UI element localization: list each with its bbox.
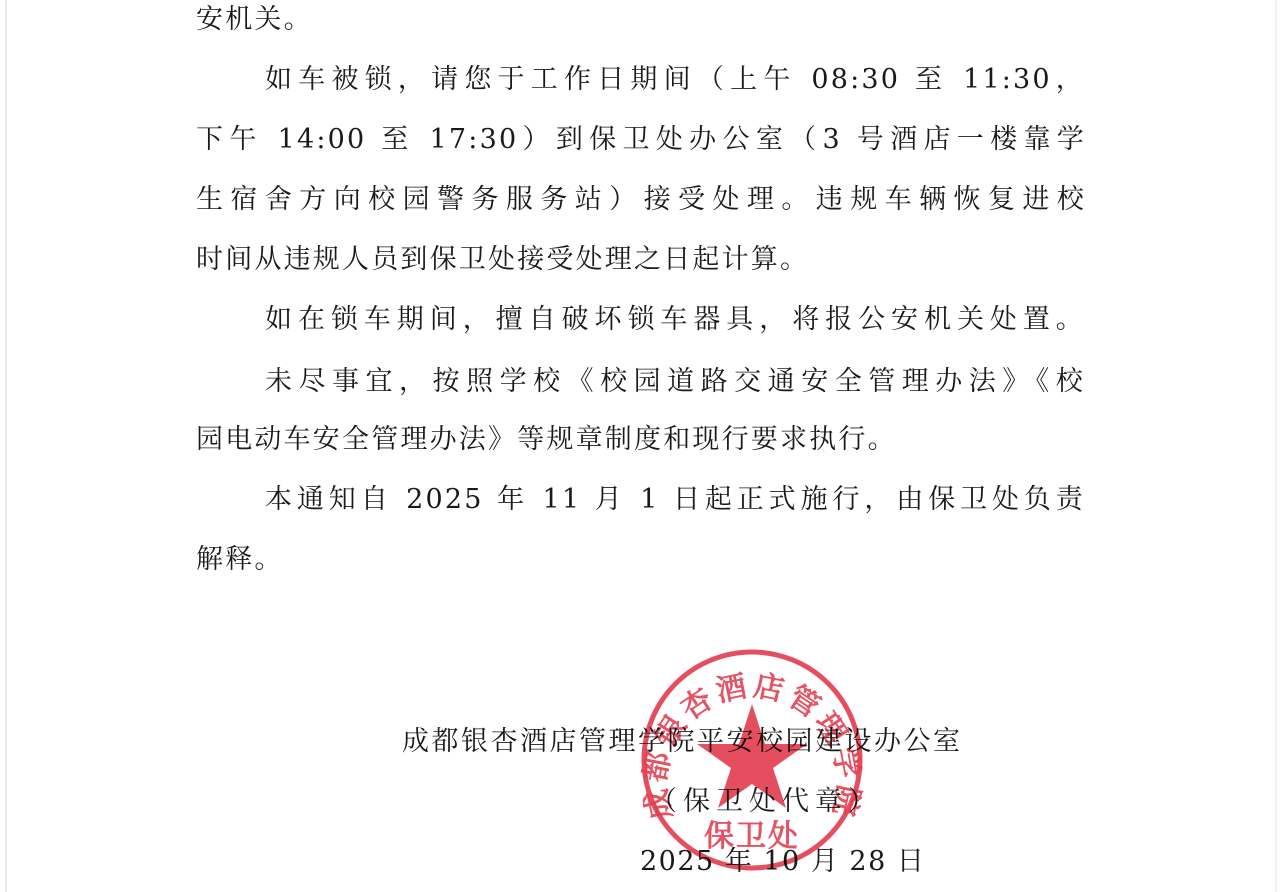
signature-date: 2025 年 10 月 28 日 <box>640 842 925 882</box>
paragraph-line-7: 未尽事宜，按照学校《校园道路交通安全管理办法》《校 <box>265 362 1085 402</box>
paragraph-line-10: 解释。 <box>196 540 1086 580</box>
page-edge-left <box>5 0 7 892</box>
page-edge-right <box>1275 0 1277 892</box>
paragraph-line-9: 本通知自 2025 年 11 月 1 日起正式施行，由保卫处负责 <box>265 480 1085 520</box>
signature-organization: 成都银杏酒店管理学院平安校园建设办公室 <box>402 722 963 762</box>
paragraph-line-3: 下午 14:00 至 17:30）到保卫处办公室（3 号酒店一楼靠学 <box>196 120 1086 160</box>
paragraph-line-8: 园电动车安全管理办法》等规章制度和现行要求执行。 <box>196 420 1086 460</box>
paragraph-line-4: 生宿舍方向校园警务服务站）接受处理。违规车辆恢复进校 <box>196 180 1086 220</box>
paragraph-line-1: 安机关。 <box>196 0 1086 40</box>
signature-seal-note: （保卫处代章） <box>650 782 881 822</box>
paragraph-line-5: 时间从违规人员到保卫处接受处理之日起计算。 <box>196 240 1086 280</box>
paragraph-line-2: 如车被锁，请您于工作日期间（上午 08:30 至 11:30， <box>265 60 1085 100</box>
paragraph-line-6: 如在锁车期间，擅自破坏锁车器具，将报公安机关处置。 <box>265 300 1085 340</box>
